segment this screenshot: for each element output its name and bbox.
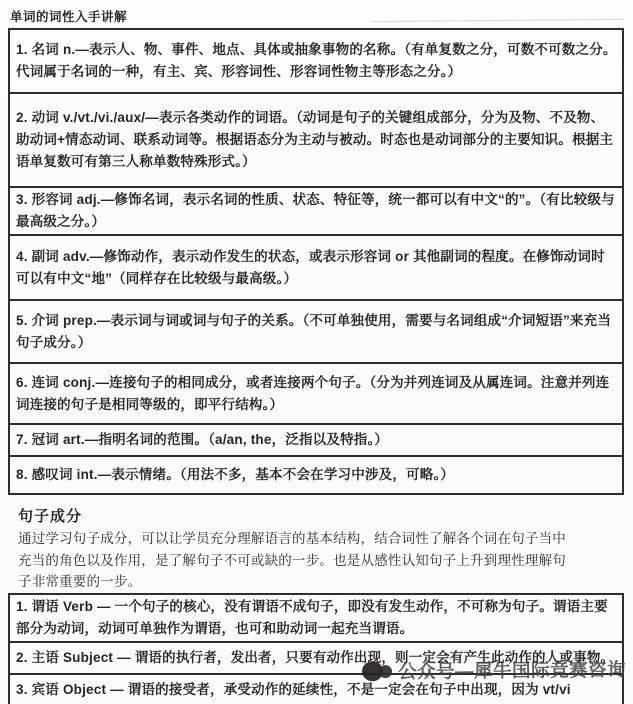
section-heading-sentence-components: 句子成分: [18, 505, 82, 526]
table-row-adjective: 3. 形容词 adj.—修饰名词，表示名词的性质、状态、特征等，统一都可以有中文…: [9, 187, 623, 235]
table-row-adverb: 4. 副词 adv.—修饰动作，表示动作发生的状态，或表示形容词 or 其他副词…: [9, 235, 623, 300]
watermark-label: 公众号—犀牛国际竞赛咨询: [398, 656, 626, 684]
sentence-components-table: 1. 谓语 Verb — 一个句子的核心，没有谓语不成句子，即没有发生动作，不可…: [8, 593, 624, 704]
row-text: 4. 副词 adv.—修饰动作，表示动作发生的状态，或表示形容词 or 其他副词…: [9, 235, 623, 300]
paragraph-line: 通过学习句子成分，可以让学员充分理解语言的基本结构，结合词性了解各个词在句子当中: [18, 528, 614, 550]
table-row-article: 7. 冠词 art.—指明名词的范围。（a/an, the，泛指以及特指。）: [9, 424, 623, 456]
row-text: 7. 冠词 art.—指明名词的范围。（a/an, the，泛指以及特指。）: [9, 424, 623, 456]
paragraph-line: 子非常重要的一步。: [18, 571, 614, 593]
watermark: 公众号—犀牛国际竞赛咨询: [360, 655, 626, 686]
table-row-verb: 2. 动词 v./vt./vi./aux/—表示各类动作的词语。（动词是句子的关…: [9, 93, 623, 187]
paragraph-line: 充当的角色以及作用，是了解句子不可或缺的一步。也是从感性认知句子上升到理性理解句: [18, 550, 614, 572]
row-text: 2. 动词 v./vt./vi./aux/—表示各类动作的词语。（动词是句子的关…: [9, 93, 623, 187]
page-title: 单词的词性入手讲解: [10, 7, 127, 25]
row-text: 5. 介词 prep.—表示词与词或词与句子的关系。（不可单独使用，需要与名词组…: [9, 300, 623, 363]
parts-of-speech-table: 1. 名词 n.—表示人、物、事件、地点、具体或抽象事物的名称。（有单复数之分，…: [8, 28, 624, 495]
row-text: 1. 名词 n.—表示人、物、事件、地点、具体或抽象事物的名称。（有单复数之分，…: [9, 29, 623, 93]
table-row-predicate: 1. 谓语 Verb — 一个句子的核心，没有谓语不成句子，即没有发生动作，不可…: [9, 594, 623, 642]
document-page: 单词的词性入手讲解 1. 名词 n.—表示人、物、事件、地点、具体或抽象事物的名…: [0, 0, 633, 704]
row-text: 3. 形容词 adj.—修饰名词，表示名词的性质、状态、特征等，统一都可以有中文…: [9, 187, 623, 235]
scan-artifact-line: [372, 19, 624, 22]
row-text: 6. 连词 conj.—连接句子的相同成分，或者连接两个句子。（分为并列连词及从…: [9, 363, 623, 424]
intro-paragraph: 通过学习句子成分，可以让学员充分理解语言的基本结构，结合词性了解各个词在句子当中…: [18, 528, 614, 593]
table-row-interjection: 8. 感叹词 int.—表示情绪。（用法不多，基本不会在学习中涉及，可略。）: [9, 456, 623, 494]
wechat-official-account-icon: [360, 657, 394, 685]
table-row-preposition: 5. 介词 prep.—表示词与词或词与句子的关系。（不可单独使用，需要与名词组…: [9, 300, 623, 363]
table-row-conjunction: 6. 连词 conj.—连接句子的相同成分，或者连接两个句子。（分为并列连词及从…: [9, 363, 623, 424]
row-text: 1. 谓语 Verb — 一个句子的核心，没有谓语不成句子，即没有发生动作，不可…: [9, 594, 623, 642]
row-text: 8. 感叹词 int.—表示情绪。（用法不多，基本不会在学习中涉及，可略。）: [9, 456, 623, 494]
table-row-noun: 1. 名词 n.—表示人、物、事件、地点、具体或抽象事物的名称。（有单复数之分，…: [9, 29, 623, 93]
